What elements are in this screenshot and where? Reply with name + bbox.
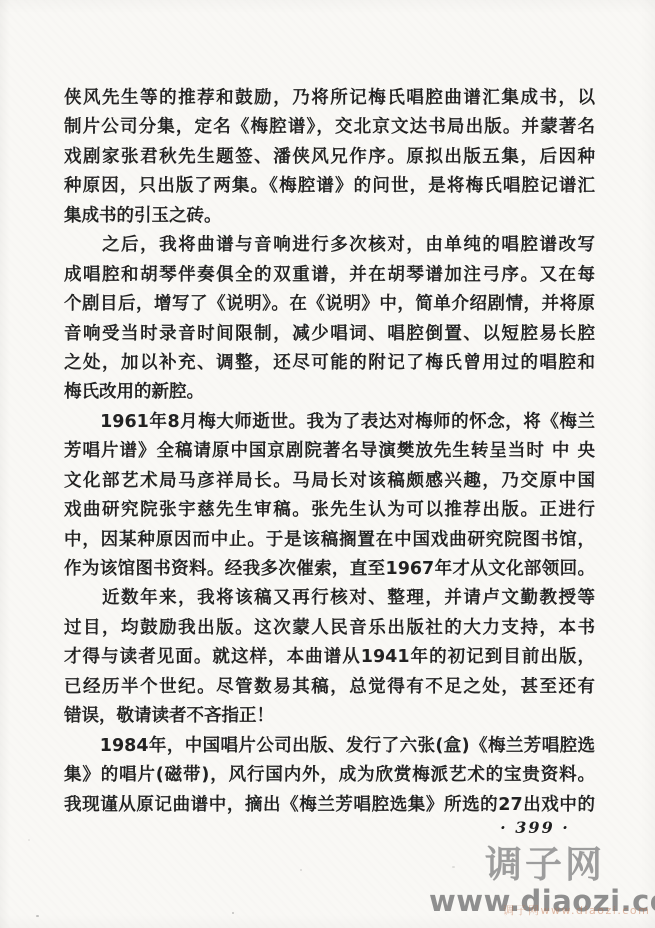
text-line: 1961年8月梅大师逝世。我为了表达对梅师的怀念，将《梅兰 [64,408,595,437]
text-line: 之后，我将曲谱与音响进行多次核对，由单纯的唱腔谱改写 [64,231,595,260]
text-line: 中，因某种原因而中止。于是该稿搁置在中国戏曲研究院图书馆， [64,526,595,555]
body-text: 侠风先生等的推荐和鼓励，乃将所记梅氏唱腔曲谱汇集成书，以制片公司分集，定名《梅腔… [64,84,595,820]
text-line: 侠风先生等的推荐和鼓励，乃将所记梅氏唱腔曲谱汇集成书，以 [64,84,595,113]
text-line: 梅氏改用的新腔。 [64,378,595,407]
scan-speckle [232,912,234,914]
text-line: 错误，敬请读者不吝指正！ [64,702,595,731]
text-line: 成唱腔和胡琴伴奏俱全的双重谱，并在胡琴谱加注弓序。又在每 [64,261,595,290]
text-line: 音响受当时录音时间限制，减少唱词、唱腔倒置、以短腔易长腔 [64,320,595,349]
text-line: 个剧目后，增写了《说明》。在《说明》中，简单介绍剧情，并将原 [64,290,595,319]
text-line: 之处，加以补充、调整，还尽可能的附记了梅氏曾用过的唱腔和 [64,349,595,378]
watermark-site-name: 调子网 [485,845,605,886]
page-number: · 399 · [493,818,577,837]
scan-speckle [28,839,30,841]
scan-speckle [452,866,455,868]
text-line: 作为该馆图书资料。经我多次催索，直至1967年才从文化部领回。 [64,555,595,584]
watermark-overlay-text: 调子网www.diaozi.com [503,902,650,918]
scan-speckle [300,869,302,871]
text-line: 集成书的引玉之砖。 [64,202,595,231]
scanned-book-page: 侠风先生等的推荐和鼓励，乃将所记梅氏唱腔曲谱汇集成书，以制片公司分集，定名《梅腔… [0,0,655,928]
text-line: 戏剧家张君秋先生题签、潘侠风兄作序。原拟出版五集，后因种 [64,143,595,172]
text-line: 芳唱片谱》全稿请原中国京剧院著名导演樊放先生转呈当时 中 央 [64,437,595,466]
text-line: 过目，均鼓励我出版。这次蒙人民音乐出版社的大力支持，本书 [64,614,595,643]
text-line: 制片公司分集，定名《梅腔谱》，交北京文达书局出版。并蒙著名 [64,113,595,142]
text-line: 我现谨从原记曲谱中，摘出《梅兰芳唱腔选集》所选的27出戏中的 [64,791,595,820]
text-line: 已经历半个世纪。尽管数易其稿，总觉得有不足之处，甚至还有 [64,673,595,702]
text-line: 文化部艺术局马彦祥局长。马局长对该稿颇感兴趣，乃交原中国 [64,467,595,496]
scan-speckle [36,915,39,917]
text-line: 1984年，中国唱片公司出版、发行了六张(盒)《梅兰芳唱腔选 [64,732,595,761]
text-line: 近数年来，我将该稿又再行核对、整理，并请卢文勤教授等 [64,584,595,613]
text-line: 戏曲研究院张宇慈先生审稿。张先生认为可以推荐出版。正进行 [64,496,595,525]
text-line: 才得与读者见面。就这样，本曲谱从1941年的初记到目前出版， [64,643,595,672]
text-line: 种原因，只出版了两集。《梅腔谱》的问世，是将梅氏唱腔记谱汇 [64,172,595,201]
text-line: 集》的唱片(磁带)，风行国内外，成为欣赏梅派艺术的宝贵资料。 [64,761,595,790]
